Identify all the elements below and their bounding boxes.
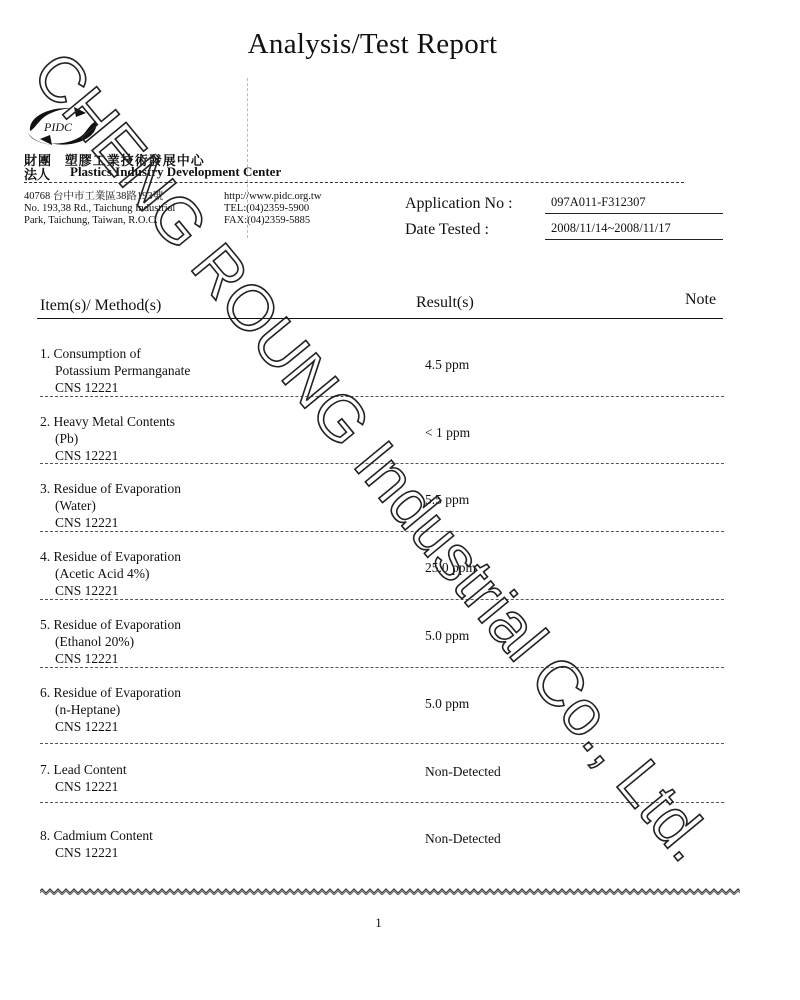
row-divider xyxy=(40,599,724,600)
telephone: TEL:(04)2359-5900 xyxy=(224,203,321,215)
org-address: 40768 台中市工業區38路193號 No. 193,38 Rd., Taic… xyxy=(24,191,175,227)
date-tested-value: 2008/11/14~2008/11/17 xyxy=(545,221,723,240)
org-name-en: Plastics Industry Development Center xyxy=(70,164,281,180)
result-value: 5.0 ppm xyxy=(425,696,469,712)
report-title: Analysis/Test Report xyxy=(0,28,745,61)
row-divider xyxy=(40,802,724,803)
column-header-note: Note xyxy=(685,291,716,309)
item-method: 6. Residue of Evaporation(n-Heptane)CNS … xyxy=(40,684,181,735)
footer-wavy-rule xyxy=(40,887,740,895)
header-rule xyxy=(37,318,723,319)
result-value: Non-Detected xyxy=(425,764,501,780)
item-method: 4. Residue of Evaporation(Acetic Acid 4%… xyxy=(40,548,181,599)
row-divider xyxy=(40,396,724,397)
page-number: 1 xyxy=(0,915,757,931)
header-divider xyxy=(24,182,684,183)
result-value: 5.0 ppm xyxy=(425,628,469,644)
row-divider xyxy=(40,463,724,464)
row-divider xyxy=(40,667,724,668)
svg-text:PIDC: PIDC xyxy=(43,120,73,134)
row-divider xyxy=(40,743,724,744)
org-contact: http://www.pidc.org.tw TEL:(04)2359-5900… xyxy=(224,191,321,227)
application-no-label: Application No : xyxy=(405,195,513,213)
fax: FAX:(04)2359-5885 xyxy=(224,215,321,227)
item-method: 8. Cadmium ContentCNS 12221 xyxy=(40,827,153,861)
column-header-item: Item(s)/ Method(s) xyxy=(40,297,161,315)
item-method: 1. Consumption ofPotassium PermanganateC… xyxy=(40,345,190,396)
item-method: 5. Residue of Evaporation(Ethanol 20%)CN… xyxy=(40,616,181,667)
column-header-result: Result(s) xyxy=(416,294,474,312)
pidc-logo-icon: PIDC xyxy=(24,103,102,149)
result-value: 4.5 ppm xyxy=(425,357,469,373)
item-method: 2. Heavy Metal Contents(Pb)CNS 12221 xyxy=(40,413,175,464)
result-value: 25.0 ppm xyxy=(425,560,476,576)
org-prefix-zh: 法人 xyxy=(24,164,50,183)
application-no-value: 097A011-F312307 xyxy=(545,195,723,214)
date-tested-label: Date Tested : xyxy=(405,221,489,239)
website-link: http://www.pidc.org.tw xyxy=(224,191,321,203)
item-method: 7. Lead ContentCNS 12221 xyxy=(40,761,127,795)
result-value: 5.5 ppm xyxy=(425,492,469,508)
item-method: 3. Residue of Evaporation(Water)CNS 1222… xyxy=(40,480,181,531)
result-value: < 1 ppm xyxy=(425,425,470,441)
result-value: Non-Detected xyxy=(425,831,501,847)
row-divider xyxy=(40,531,724,532)
